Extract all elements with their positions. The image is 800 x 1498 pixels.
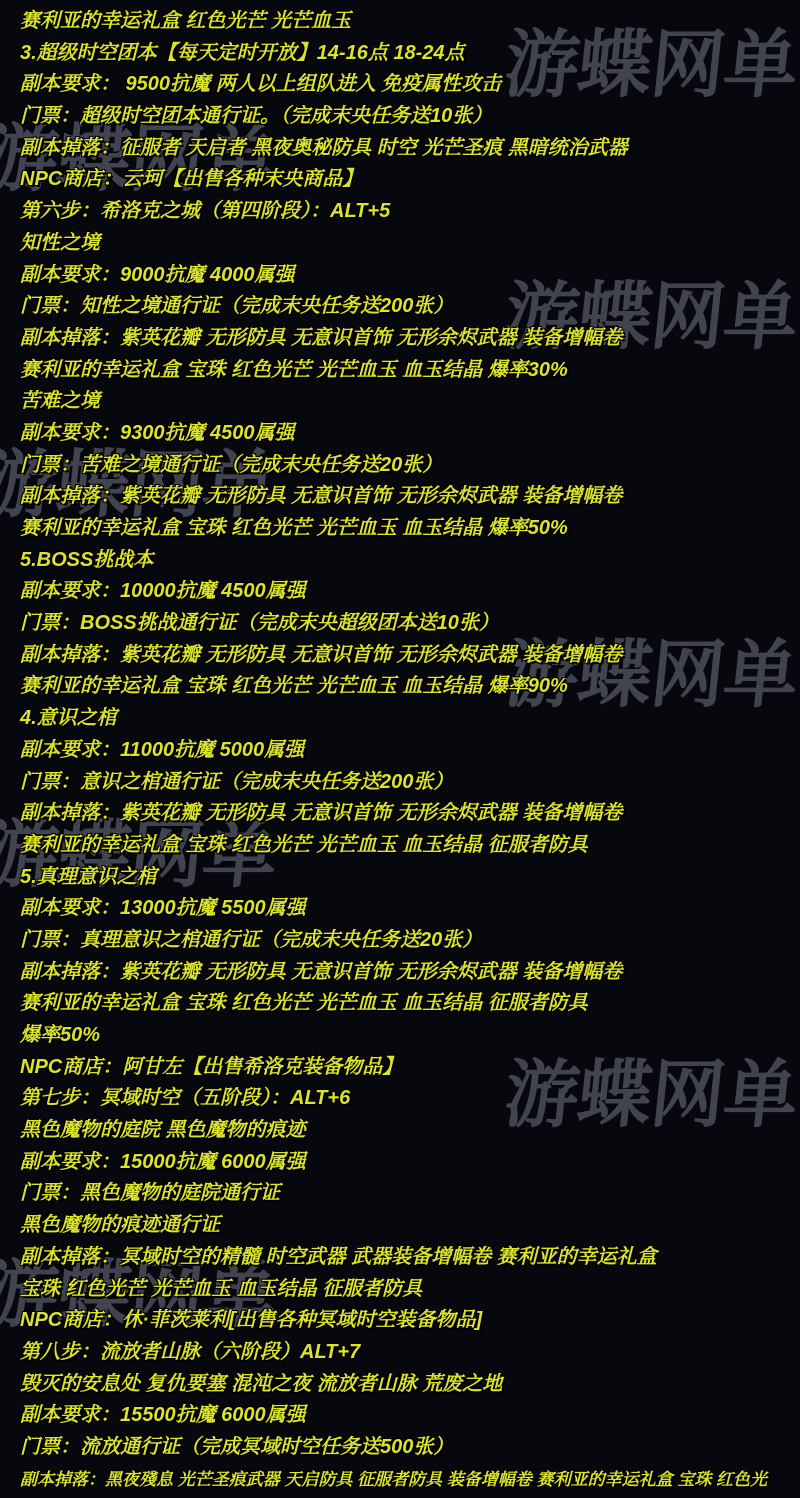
text-line: 3.超级时空团本【每天定时开放】14-16点 18-24点 <box>20 38 800 70</box>
text-line: 赛利亚的幸运礼盒 宝珠 红色光芒 光芒血玉 血玉结晶 征服者防具 <box>20 988 800 1020</box>
text-line: 毁灭的安息处 复仇要塞 混沌之夜 流放者山脉 荒废之地 <box>20 1369 800 1401</box>
text-line: 黑色魔物的庭院 黑色魔物的痕迹 <box>20 1115 800 1147</box>
text-line: 赛利亚的幸运礼盒 宝珠 红色光芒 光芒血玉 血玉结晶 爆率50% <box>20 513 800 545</box>
text-line: 赛利亚的幸运礼盒 红色光芒 光芒血玉 <box>20 6 800 38</box>
text-line: 第七步：冥域时空（五阶段）：ALT+6 <box>20 1083 800 1115</box>
text-line: 4.意识之棺 <box>20 703 800 735</box>
text-line: 副本掉落：紫英花瓣 无形防具 无意识首饰 无形余烬武器 装备增幅卷 <box>20 323 800 355</box>
text-line: 门票：真理意识之棺通行证（完成末央任务送20张） <box>20 925 800 957</box>
text-line: 赛利亚的幸运礼盒 宝珠 红色光芒 光芒血玉 血玉结晶 爆率90% <box>20 671 800 703</box>
text-line: 副本要求：9000抗魔 4000属强 <box>20 260 800 292</box>
text-line: 宝珠 红色光芒 光芒血玉 血玉结晶 征服者防具 <box>20 1274 800 1306</box>
text-line: 5.BOSS挑战本 <box>20 545 800 577</box>
text-line: 知性之境 <box>20 228 800 260</box>
text-line: 副本掉落：征服者 天启者 黑夜奥秘防具 时空 光芒圣痕 黑暗统治武器 <box>20 133 800 165</box>
text-line: 第八步：流放者山脉（六阶段）ALT+7 <box>20 1337 800 1369</box>
text-line: NPC商店：云珂【出售各种末央商品】 <box>20 164 800 196</box>
text-line: 副本要求：10000抗魔 4500属强 <box>20 576 800 608</box>
text-line: 赛利亚的幸运礼盒 宝珠 红色光芒 光芒血玉 血玉结晶 爆率30% <box>20 355 800 387</box>
text-line: NPC商店：休·菲茨莱利[出售各种冥域时空装备物品] <box>20 1305 800 1337</box>
guide-page: 游蝶网单游蝶网单游蝶网单游蝶网单游蝶网单游蝶网单游蝶网单游蝶网单 赛利亚的幸运礼… <box>0 0 800 1498</box>
text-line: 副本掉落：紫英花瓣 无形防具 无意识首饰 无形余烬武器 装备增幅卷 <box>20 957 800 989</box>
text-line: 门票：意识之棺通行证（完成末央任务送200张） <box>20 767 800 799</box>
text-line: 5.真理意识之棺 <box>20 862 800 894</box>
text-line: 副本掉落：紫英花瓣 无形防具 无意识首饰 无形余烬武器 装备增幅卷 <box>20 640 800 672</box>
guide-text-body: 赛利亚的幸运礼盒 红色光芒 光芒血玉3.超级时空团本【每天定时开放】14-16点… <box>0 0 800 1498</box>
text-line: 副本要求：9300抗魔 4500属强 <box>20 418 800 450</box>
text-line: 副本掉落：紫英花瓣 无形防具 无意识首饰 无形余烬武器 装备增幅卷 <box>20 481 800 513</box>
text-line: 爆率50% <box>20 1020 800 1052</box>
text-line: NPC商店：阿甘左【出售希洛克装备物品】 <box>20 1052 800 1084</box>
text-line: 门票：流放通行证（完成冥域时空任务送500张） <box>20 1432 800 1464</box>
text-line: 门票：苦难之境通行证（完成末央任务送20张） <box>20 450 800 482</box>
text-line: 副本要求：15500抗魔 6000属强 <box>20 1400 800 1432</box>
text-line: 黑色魔物的痕迹通行证 <box>20 1210 800 1242</box>
text-line: 第六步：希洛克之城（第四阶段）：ALT+5 <box>20 196 800 228</box>
text-line: 门票：黑色魔物的庭院通行证 <box>20 1178 800 1210</box>
text-line: 苦难之境 <box>20 386 800 418</box>
text-line: 门票：超级时空团本通行证。（完成末央任务送10张） <box>20 101 800 133</box>
text-line: 副本要求：11000抗魔 5000属强 <box>20 735 800 767</box>
text-line: 副本掉落：紫英花瓣 无形防具 无意识首饰 无形余烬武器 装备增幅卷 <box>20 798 800 830</box>
text-line: 赛利亚的幸运礼盒 宝珠 红色光芒 光芒血玉 血玉结晶 征服者防具 <box>20 830 800 862</box>
text-line: 副本掉落：黑夜殘息 光芒圣痕武器 天启防具 征服者防具 装备增幅卷 赛利亚的幸运… <box>20 1464 800 1496</box>
text-line: 门票：知性之境通行证（完成末央任务送200张） <box>20 291 800 323</box>
text-line: 副本要求：13000抗魔 5500属强 <box>20 893 800 925</box>
text-line: 副本要求：15000抗魔 6000属强 <box>20 1147 800 1179</box>
text-line: 门票：BOSS挑战通行证（完成末央超级团本送10张） <box>20 608 800 640</box>
text-line: 副本掉落：冥域时空的精髓 时空武器 武器装备增幅卷 赛利亚的幸运礼盒 <box>20 1242 800 1274</box>
text-line: 副本要求： 9500抗魔 两人以上组队进入 免疫属性攻击 <box>20 69 800 101</box>
